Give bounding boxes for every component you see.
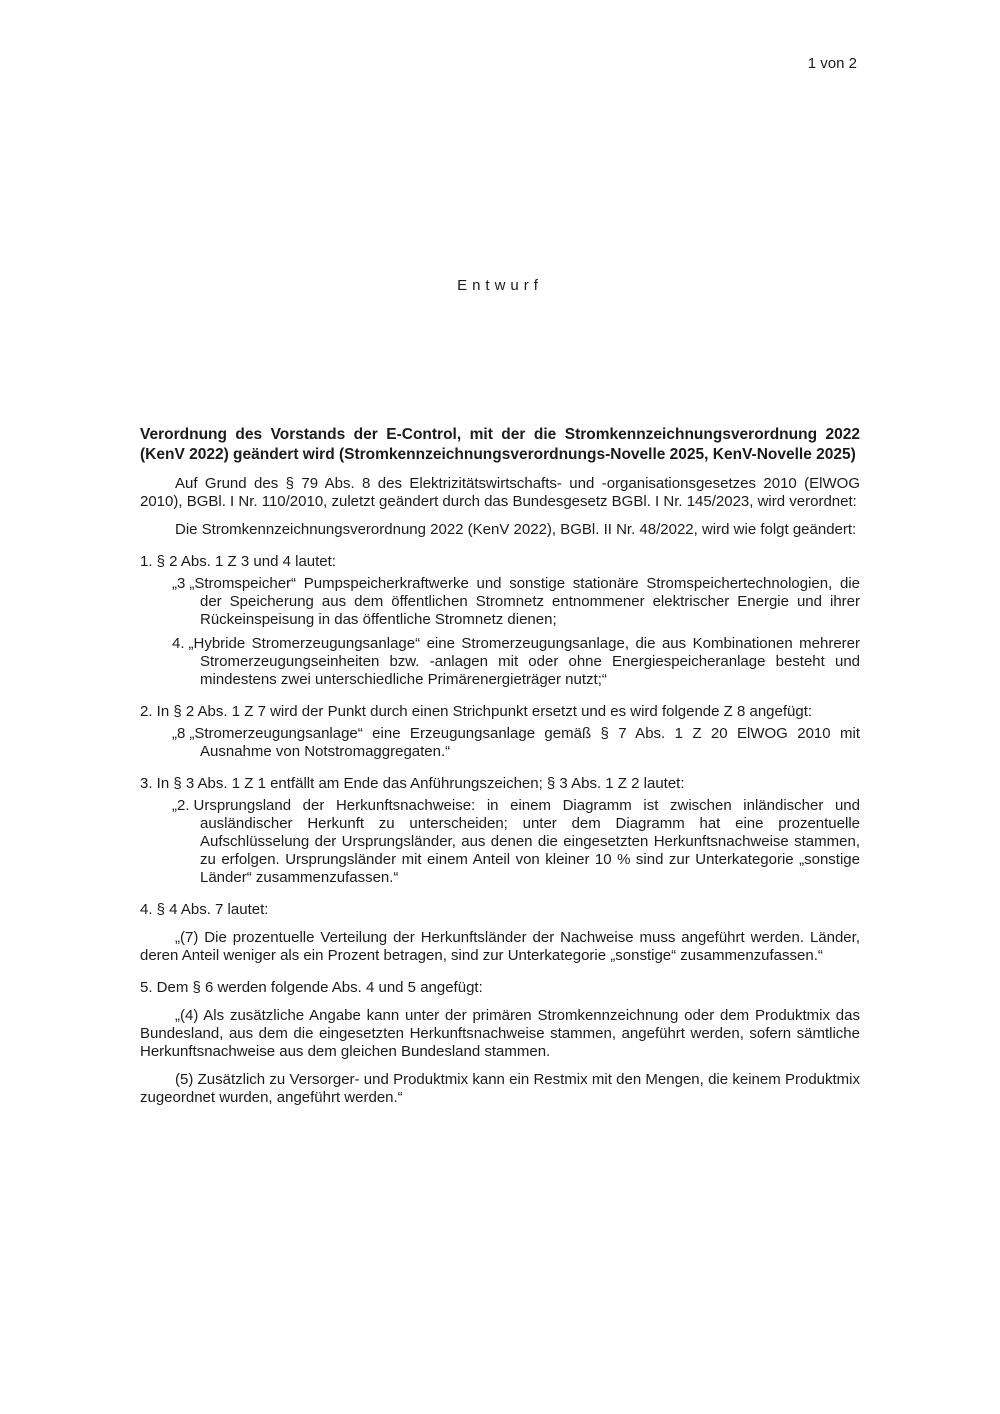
amendment-2-head: 2. In § 2 Abs. 1 Z 7 wird der Punkt durc…	[140, 703, 860, 721]
subitem-text: „Stromerzeugungsanlage“ eine Erzeugungsa…	[189, 725, 860, 760]
amendment-1-subitem-2: 4.„Hybride Stromerzeugungsanlage“ eine S…	[140, 635, 860, 689]
preamble-paragraph: Auf Grund des § 79 Abs. 8 des Elektrizit…	[140, 475, 860, 511]
amendment-1-head: 1. § 2 Abs. 1 Z 3 und 4 lautet:	[140, 553, 860, 571]
subitem-marker: 4.	[172, 635, 189, 652]
subitem-text: „Stromspeicher“ Pumpspeicherkraftwerke u…	[189, 575, 860, 628]
amendment-2-subitem-1: „8„Stromerzeugungsanlage“ eine Erzeugung…	[140, 725, 860, 761]
amendment-5-paragraph-abs5: (5) Zusätzlich zu Versorger- und Produkt…	[140, 1071, 860, 1107]
amendment-4-head: 4. § 4 Abs. 7 lautet:	[140, 901, 860, 919]
lead-in-paragraph: Die Stromkennzeichnungsverordnung 2022 (…	[140, 521, 860, 539]
subitem-marker: „8	[172, 725, 189, 742]
amendment-5-paragraph-abs4: „(4) Als zusätzliche Angabe kann unter d…	[140, 1007, 860, 1061]
subitem-text: „Hybride Stromerzeugungsanlage“ eine Str…	[189, 635, 860, 688]
amendment-5-head: 5. Dem § 6 werden folgende Abs. 4 und 5 …	[140, 979, 860, 997]
document-content: Verordnung des Vorstands der E-Control, …	[140, 425, 860, 1107]
document-title: Verordnung des Vorstands der E-Control, …	[140, 425, 860, 465]
amendment-4-paragraph: „(7) Die prozentuelle Verteilung der Her…	[140, 929, 860, 965]
document-page: 1 von 2 Entwurf Verordnung des Vorstands…	[0, 0, 1000, 1414]
subitem-marker: „3	[172, 575, 189, 592]
draft-label: Entwurf	[0, 277, 1000, 294]
amendment-3-subitem-1: „2.Ursprungsland der Herkunftsnachweise:…	[140, 797, 860, 887]
subitem-marker: „2.	[172, 797, 194, 814]
amendment-3-head: 3. In § 3 Abs. 1 Z 1 entfällt am Ende da…	[140, 775, 860, 793]
amendment-1-subitem-1: „3„Stromspeicher“ Pumpspeicherkraftwerke…	[140, 575, 860, 629]
subitem-text: Ursprungsland der Herkunftsnachweise: in…	[194, 797, 860, 886]
page-number: 1 von 2	[808, 55, 857, 73]
